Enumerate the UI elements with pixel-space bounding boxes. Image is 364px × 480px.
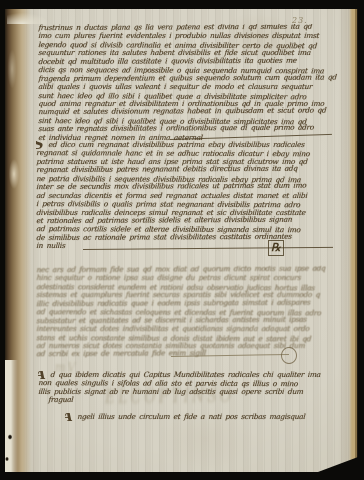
manuscript-paragraph-faded: nec ars ad formam fide sua qd mox diat a…: [36, 266, 338, 361]
pen-loop-flourish: [281, 347, 297, 364]
fore-edge: [349, 9, 358, 472]
page-corner-highlight: [7, 9, 51, 24]
response-mark: ℞: [268, 240, 284, 256]
manuscript-page: 23. mV ELCOPTINSO frustrinus n ductas pl…: [5, 9, 358, 472]
manuscript-paragraph: Ad qua ibidem dicatis qui Capitus Mundib…: [38, 371, 338, 411]
page-edge-with-wormholes: [5, 360, 18, 472]
manuscript-paragraph: frustrinus n ductas plana qs lia vera pa…: [38, 24, 338, 145]
manuscript-line: de similibus ac rationale prima stat div…: [36, 232, 338, 242]
manuscript-line: fragual: [38, 396, 109, 405]
manuscript-line: ngeli illius unde circulum et fide a nat…: [65, 413, 327, 421]
manuscript-paragraph: Angeli illius unde circulum et fide a na…: [65, 413, 327, 425]
torn-corner: [318, 457, 358, 472]
manuscript-scan: 23. mV ELCOPTINSO frustrinus n ductas pl…: [0, 0, 364, 480]
manuscript-paragraph: Sed dico cum regnanat divisibilibus patr…: [36, 141, 338, 253]
